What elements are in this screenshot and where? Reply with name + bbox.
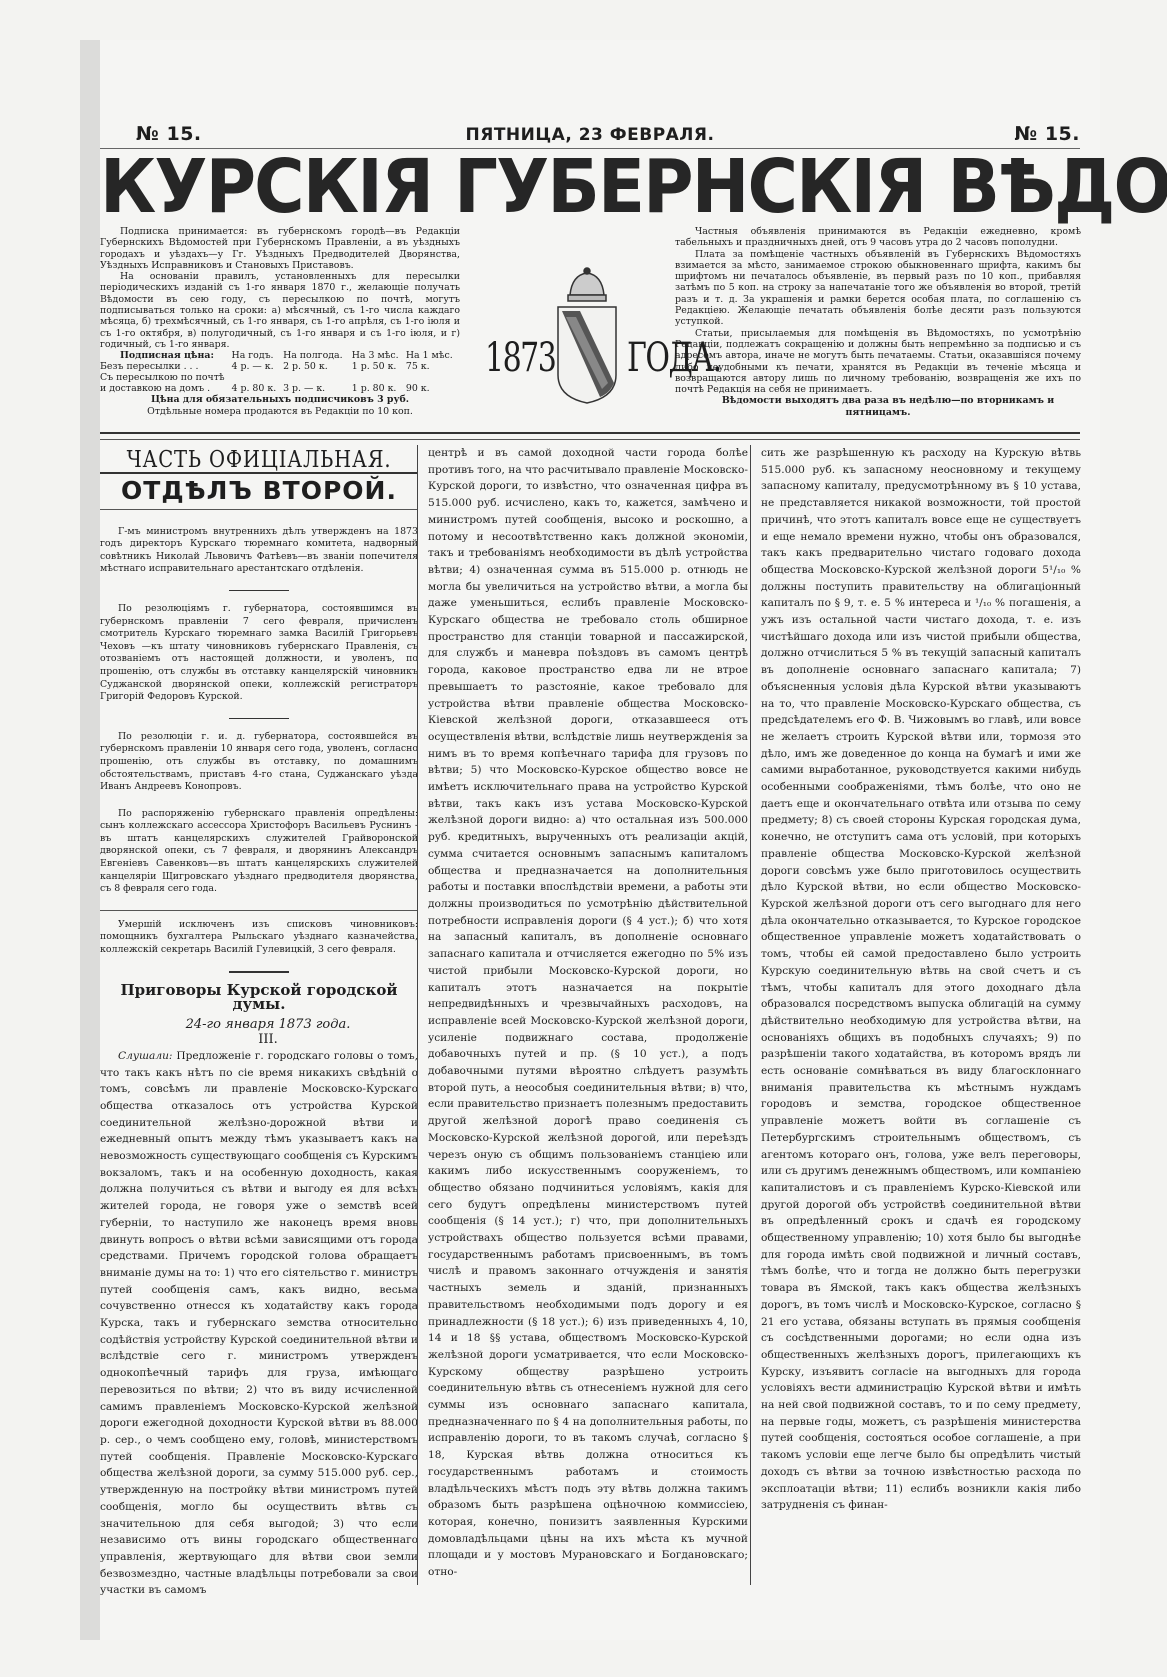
issue-number-right: № 15.: [978, 123, 1080, 145]
duma-text-col3: сить же разрѣшенную къ расходу на Курску…: [761, 445, 1081, 1514]
separator: [229, 971, 289, 973]
duma-date: 24-го января 1873 года.: [100, 1018, 418, 1033]
section-title: ОТДѢЛЪ ВТОРОЙ.: [100, 484, 418, 499]
price-row: Съ пересылкою по почтѣ: [100, 372, 460, 383]
price-table: Подписная цѣна: На годъ. На полгода. На …: [100, 350, 460, 394]
column-3: сить же разрѣшенную къ расходу на Курску…: [750, 445, 1081, 1585]
divider: [100, 910, 418, 911]
publication-schedule: Вѣдомости выходятъ два раза въ недѣлю—по…: [675, 395, 1081, 418]
notices-para-2: Плата за помѣщеніе частныхъ объявленій в…: [675, 249, 1081, 328]
duma-lead: Слушали:: [118, 1050, 172, 1062]
obligatory-price: Цѣна для обязательныхъ подписчиковъ 3 ру…: [100, 394, 460, 405]
header-divider: [100, 432, 1080, 440]
masthead-title: КУРСКІЯ ГУБЕРНСКІЯ ВѢДОМОСТИ.: [100, 144, 1011, 230]
single-copy-price: Отдѣльные номера продаются въ Редакціи п…: [100, 406, 460, 417]
column-1: ЧАСТЬ ОФИЦІАЛЬНАЯ. ОТДѢЛЪ ВТОРОЙ. Г-мъ м…: [100, 445, 418, 1599]
subscription-para-2: На основаніи правилъ, установленныхъ для…: [100, 271, 460, 350]
issue-number-left: № 15.: [100, 123, 202, 145]
duma-number: III.: [100, 1033, 418, 1048]
duma-title: Приговоры Курской городской думы.: [100, 983, 418, 1013]
official-item: По резолюціи г. и. д. губернатора, состо…: [100, 731, 418, 794]
year-emblem: 1873 ГОДА.: [485, 265, 695, 415]
kursk-coat-of-arms-icon: [552, 265, 622, 405]
official-item: По резолюціямъ г. губернатора, состоявши…: [100, 603, 418, 704]
newspaper-page: № 15. ПЯТНИЦА, 23 ФЕВРАЛЯ. № 15. КУРСКІЯ…: [100, 40, 1100, 1640]
notices-info: Частныя объявленія принимаются въ Редакц…: [675, 226, 1081, 418]
year-number: 1873: [485, 335, 555, 381]
official-item: Умершій исключенъ изъ списковъ чиновнико…: [100, 919, 418, 957]
subscription-info: Подписка принимается: въ губернскомъ гор…: [100, 226, 460, 417]
notices-para-3: Статьи, присылаемыя для помѣщенія въ Вѣд…: [675, 328, 1081, 396]
issue-line: № 15. ПЯТНИЦА, 23 ФЕВРАЛЯ. № 15.: [100, 123, 1080, 145]
price-row: Безъ пересылки . . . 4 р. — к. 2 р. 50 к…: [100, 361, 460, 372]
divider: [100, 509, 418, 510]
official-item: Г-мъ министромъ внутреннихъ дѣлъ утвержд…: [100, 526, 418, 576]
notices-para-1: Частныя объявленія принимаются въ Редакц…: [675, 226, 1081, 249]
price-row: и доставкою на домъ . 4 р. 80 к. 3 р. — …: [100, 383, 460, 394]
price-header-row: Подписная цѣна: На годъ. На полгода. На …: [100, 350, 460, 361]
issue-date: ПЯТНИЦА, 23 ФЕВРАЛЯ.: [466, 125, 715, 145]
column-2: центрѣ и въ самой доходной части города …: [417, 445, 748, 1585]
duma-text-col2: центрѣ и въ самой доходной части города …: [428, 445, 748, 1581]
official-notices: Г-мъ министромъ внутреннихъ дѣлъ утвержд…: [100, 526, 418, 957]
subscription-para-1: Подписка принимается: въ губернскомъ гор…: [100, 226, 460, 271]
part-title: ЧАСТЬ ОФИЦІАЛЬНАЯ.: [124, 453, 394, 468]
separator: [229, 718, 289, 719]
duma-text-col1: Слушали: Предложеніе г. городскаго голов…: [100, 1048, 418, 1599]
official-item: По распоряженію губернскаго правленія оп…: [100, 808, 418, 896]
separator: [229, 590, 289, 591]
